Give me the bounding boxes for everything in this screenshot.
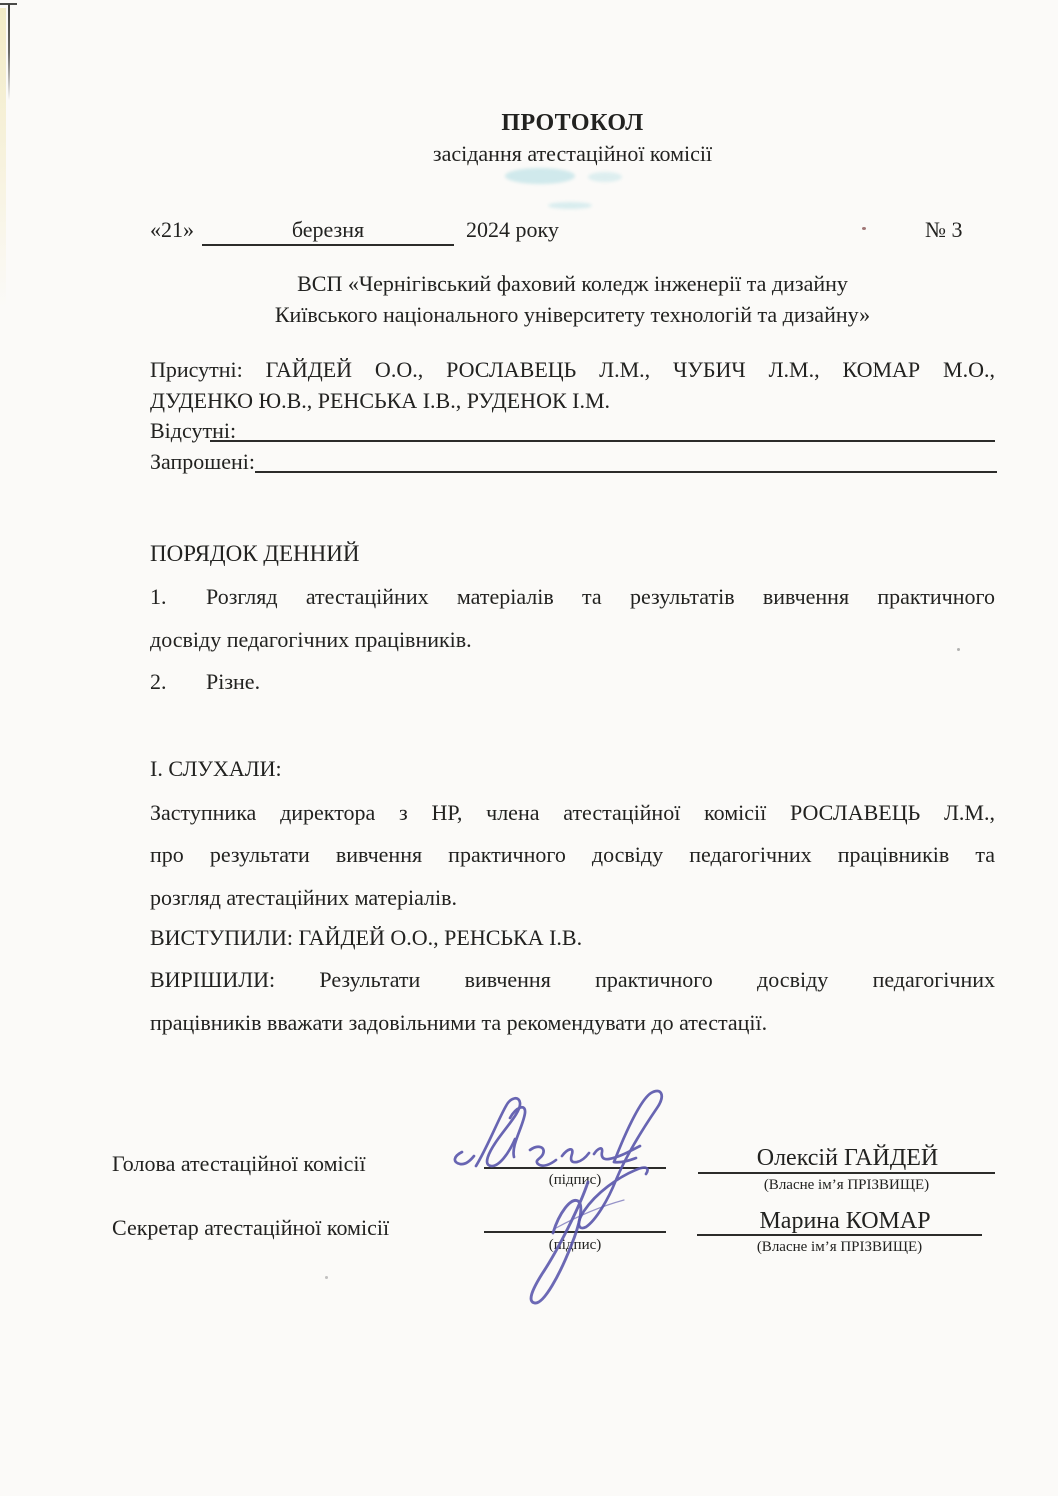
handwritten-signatures: [440, 1078, 700, 1310]
institution-line-1: ВСП «Чернігівський фаховий коледж інжене…: [150, 270, 995, 298]
scan-speck: [862, 227, 866, 230]
agenda-item-1-number: 1.: [150, 583, 206, 611]
secretary-name-line: [697, 1234, 982, 1236]
date-month-blank: березня: [202, 216, 454, 246]
date-line: «21» березня 2024 року: [150, 216, 559, 246]
document-page: ПРОТОКОЛ засідання атестаційної комісії …: [0, 0, 1058, 1496]
chair-role-label: Голова атестаційної комісії: [112, 1150, 366, 1178]
agenda-item-2: 2.Різне.: [150, 668, 995, 696]
secretary-name-caption: (Власне ім’я ПРІЗВИЩЕ): [697, 1238, 982, 1256]
secretary-role-label: Секретар атестаційної комісії: [112, 1214, 389, 1242]
invited-blank-line: [255, 448, 997, 473]
scan-edge-artifact: [0, 8, 6, 308]
decided-line-2: працівників вважати задовільними та реко…: [150, 1009, 995, 1037]
heard-line-3: розгляд атестаційних матеріалів.: [150, 884, 995, 912]
stamp-remnant: [588, 172, 622, 182]
spoke-line: ВИСТУПИЛИ: ГАЙДЕЙ О.О., РЕНСЬКА І.В.: [150, 924, 995, 952]
signature-scribble-chair: [455, 1091, 662, 1228]
invited-label: Запрошені:: [150, 448, 255, 476]
scan-speck: [325, 1276, 328, 1279]
present-line-2: ДУДЕНКО Ю.В., РЕНСЬКА І.В., РУДЕНОК І.М.: [150, 387, 995, 415]
absent-blank-line: [210, 417, 995, 442]
chair-name-caption: (Власне ім’я ПРІЗВИЩЕ): [698, 1176, 995, 1194]
stamp-remnant: [505, 168, 575, 184]
chair-name: Олексій ГАЙДЕЙ: [700, 1143, 995, 1173]
chair-name-line: [698, 1172, 995, 1174]
agenda-item-1-text: Розгляд атестаційних матеріалів та резул…: [206, 584, 995, 609]
heard-heading: І. СЛУХАЛИ:: [150, 755, 995, 783]
agenda-item-2-number: 2.: [150, 668, 206, 696]
signature-scribble-secretary: [531, 1182, 624, 1303]
agenda-item-2-text: Різне.: [206, 669, 260, 694]
stamp-remnant: [548, 202, 592, 209]
secretary-name: Марина КОМАР: [700, 1206, 990, 1236]
date-day: «21»: [150, 216, 194, 244]
doc-title: ПРОТОКОЛ: [150, 108, 995, 138]
institution-line-2: Київського національного університету те…: [150, 301, 995, 329]
scan-edge-artifact: [8, 4, 10, 100]
date-year: 2024 року: [466, 216, 559, 244]
agenda-heading: ПОРЯДОК ДЕННИЙ: [150, 539, 995, 568]
protocol-number: № 3: [925, 216, 995, 244]
agenda-item-1-line-2: досвіду педагогічних працівників.: [150, 626, 995, 654]
doc-subtitle: засідання атестаційної комісії: [150, 140, 995, 168]
